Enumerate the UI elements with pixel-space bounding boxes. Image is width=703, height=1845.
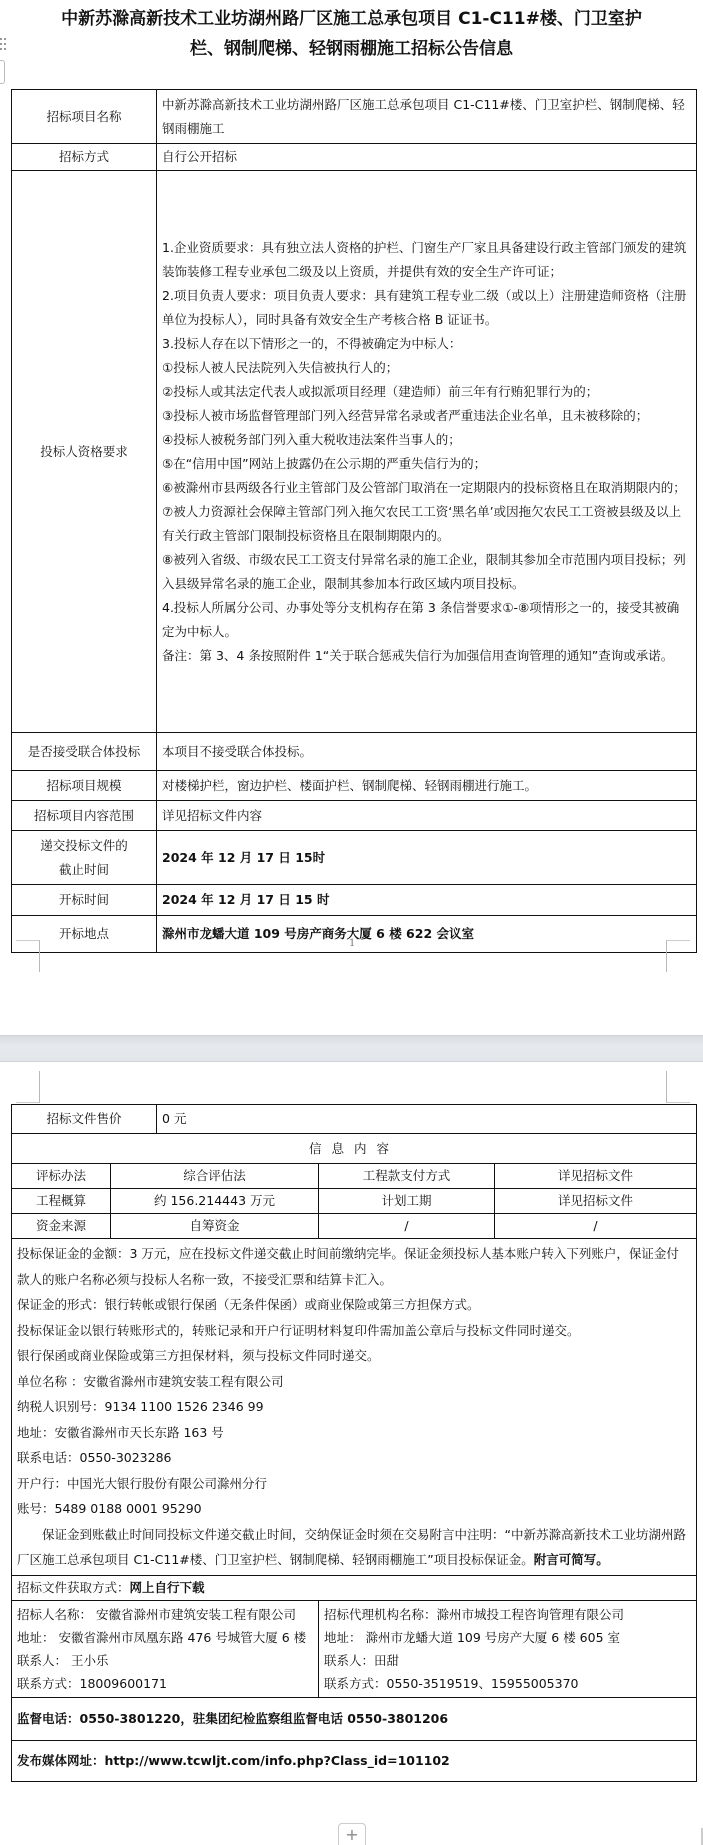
document-page-1: 中新苏滁高新技术工业坊湖州路厂区施工总承包项目 C1-C11#楼、门卫室护 栏、… xyxy=(0,0,703,1035)
row-opening-time: 开标时间 2024 年 12 月 17 日 15 时 xyxy=(12,885,697,916)
drag-handle-icon[interactable] xyxy=(0,38,8,52)
qual-para-9: ⑥被滁州市县两级各行业主管部门及公管部门取消在一定期限内的投标资格且在取消期限内… xyxy=(162,476,691,500)
row-supervision: 监督电话：0550-3801220，驻集团纪检监察组监督电话 0550-3801… xyxy=(12,1697,697,1740)
value-scope: 详见招标文件内容 xyxy=(157,801,697,831)
tenderer-info: 招标人名称： 安徽省滁州市建筑安装工程有限公司 地址： 安徽省滁州市凤凰东路 4… xyxy=(12,1600,319,1697)
value-qualification: 1.企业资质要求：具有独立法人资格的护栏、门窗生产厂家且具备建设行政主管部门颁发… xyxy=(157,171,697,733)
tenderer-contact: 联系人： 王小乐 xyxy=(17,1649,313,1672)
agency-info: 招标代理机构名称：滁州市城投工程咨询管理有限公司 地址： 滁州市龙蟠大道 109… xyxy=(319,1600,697,1697)
label-deadline-line2: 截止时间 xyxy=(14,858,154,882)
title-line-2: 栏、钢制爬梯、轻钢雨棚施工招标公告信息 xyxy=(30,34,673,64)
page-separator xyxy=(0,1035,703,1062)
info-row-1: 评标办法 综合评估法 工程款支付方式 详见招标文件 xyxy=(12,1164,697,1189)
label-scale: 招标项目规模 xyxy=(12,771,157,801)
info-cell: / xyxy=(319,1214,495,1239)
info-cell: / xyxy=(495,1214,697,1239)
label-method: 招标方式 xyxy=(12,144,157,171)
qual-para-5: ②投标人或其法定代表人或拟派项目经理（建造师）前三年有行贿犯罪行为的； xyxy=(162,380,691,404)
agency-address: 地址： 滁州市龙蟠大道 109 号房产大厦 6 楼 605 室 xyxy=(324,1626,691,1649)
value-opening-time: 2024 年 12 月 17 日 15 时 xyxy=(157,885,697,916)
qual-para-1: 1.企业资质要求：具有独立法人资格的护栏、门窗生产厂家且具备建设行政主管部门颁发… xyxy=(162,236,691,284)
row-info-header: 信息内容 xyxy=(12,1134,697,1164)
tender-info-table: 招标项目名称 中新苏滁高新技术工业坊湖州路厂区施工总承包项目 C1-C11#楼、… xyxy=(11,89,697,953)
deposit-bank: 开户行：中国光大银行股份有限公司滁州分行 xyxy=(17,1471,691,1497)
label-project-name: 招标项目名称 xyxy=(12,90,157,144)
row-price: 招标文件售价 0 元 xyxy=(12,1105,697,1134)
row-contacts: 招标人名称： 安徽省滁州市建筑安装工程有限公司 地址： 安徽省滁州市凤凰东路 4… xyxy=(12,1600,697,1697)
row-deadline: 递交投标文件的 截止时间 2024 年 12 月 17 日 15时 xyxy=(12,831,697,885)
crop-mark-bottom-right xyxy=(666,940,690,972)
supervision-phones: 监督电话：0550-3801220，驻集团纪检监察组监督电话 0550-3801… xyxy=(12,1697,697,1740)
value-deadline: 2024 年 12 月 17 日 15时 xyxy=(157,831,697,885)
row-qualification: 投标人资格要求 1.企业资质要求：具有独立法人资格的护栏、门窗生产厂家且具备建设… xyxy=(12,171,697,733)
info-cell: 综合评估法 xyxy=(111,1164,319,1189)
deposit-para-2: 保证金的形式：银行转帐或银行保函（无条件保函）或商业保险或第三方担保方式。 xyxy=(17,1292,691,1318)
qual-para-10: ⑦被人力资源社会保障主管部门列入拖欠农民工工资‘黑名单’或因拖欠农民工工资被县级… xyxy=(162,500,691,548)
agency-contact: 联系人：田甜 xyxy=(324,1649,691,1672)
document-title: 中新苏滁高新技术工业坊湖州路厂区施工总承包项目 C1-C11#楼、门卫室护 栏、… xyxy=(30,4,673,64)
crop-mark-top-left xyxy=(16,1071,40,1103)
label-qualification: 投标人资格要求 xyxy=(12,171,157,733)
info-cell: 工程概算 xyxy=(12,1189,111,1214)
deposit-para-3: 投标保证金以银行转账形式的，转账记录和开户行证明材料复印件需加盖公章后与投标文件… xyxy=(17,1318,691,1344)
tender-detail-table: 招标文件售价 0 元 信息内容 评标办法 综合评估法 工程款支付方式 详见招标文… xyxy=(11,1104,697,1782)
qual-para-2: 2.项目负责人要求：项目负责人要求：具有建筑工程专业二级（或以上）注册建造师资格… xyxy=(162,284,691,332)
info-cell: 自筹资金 xyxy=(111,1214,319,1239)
deposit-phone: 联系电话：0550-3023286 xyxy=(17,1445,691,1471)
publish-url[interactable]: 发布媒体网址：http://www.tcwljt.com/info.php?Cl… xyxy=(12,1740,697,1781)
row-scale: 招标项目规模 对楼梯护栏，窗边护栏、楼面护栏、钢制爬梯、轻钢雨棚进行施工。 xyxy=(12,771,697,801)
info-cell: 资金来源 xyxy=(12,1214,111,1239)
add-page-button[interactable]: + xyxy=(338,1823,366,1845)
label-deadline: 递交投标文件的 截止时间 xyxy=(12,831,157,885)
agency-name: 招标代理机构名称：滁州市城投工程咨询管理有限公司 xyxy=(324,1603,691,1626)
crop-mark-bottom-left xyxy=(16,940,40,972)
value-project-name: 中新苏滁高新技术工业坊湖州路厂区施工总承包项目 C1-C11#楼、门卫室护栏、钢… xyxy=(157,90,697,144)
deposit-note: 保证金到账截止时间同投标文件递交截止时间，交纳保证金时须在交易附言中注明：“中新… xyxy=(17,1522,691,1573)
deposit-account-number: 账号：5489 0188 0001 95290 xyxy=(17,1496,691,1522)
qual-para-13: 备注：第 3、4 条按照附件 1“关于联合惩戒失信行为加强信用查询管理的通知”查… xyxy=(162,644,691,668)
acquisition-label: 招标文件获取方式： xyxy=(17,1580,130,1595)
label-price: 招标文件售价 xyxy=(12,1105,157,1134)
tenderer-name: 招标人名称： 安徽省滁州市建筑安装工程有限公司 xyxy=(17,1603,313,1626)
value-scale: 对楼梯护栏，窗边护栏、楼面护栏、钢制爬梯、轻钢雨棚进行施工。 xyxy=(157,771,697,801)
value-method: 自行公开招标 xyxy=(157,144,697,171)
value-price: 0 元 xyxy=(157,1105,697,1134)
deposit-para-4: 银行保函或商业保险或第三方担保材料，须与投标文件同时递交。 xyxy=(17,1343,691,1369)
info-cell: 约 156.214443 万元 xyxy=(111,1189,319,1214)
qual-para-4: ①投标人被人民法院列入失信被执行人的； xyxy=(162,356,691,380)
value-consortium: 本项目不接受联合体投标。 xyxy=(157,733,697,771)
qual-para-6: ③投标人被市场监督管理部门列入经营异常名录或者严重违法企业名单，且未被移除的； xyxy=(162,404,691,428)
deposit-account-name: 单位名称 ：安徽省滁州市建筑安装工程有限公司 xyxy=(17,1369,691,1395)
row-method: 招标方式 自行公开招标 xyxy=(12,144,697,171)
info-row-3: 资金来源 自筹资金 / / xyxy=(12,1214,697,1239)
row-deposit: 投标保证金的金额：3 万元，应在投标文件递交截止时间前缴纳完毕。保证金须投标人基… xyxy=(12,1239,697,1576)
deposit-info: 投标保证金的金额：3 万元，应在投标文件递交截止时间前缴纳完毕。保证金须投标人基… xyxy=(12,1239,697,1576)
info-cell: 评标办法 xyxy=(12,1164,111,1189)
deposit-note-bold: 附言可简写。 xyxy=(534,1552,609,1567)
page-number: 1 xyxy=(349,938,355,949)
row-publish-url: 发布媒体网址：http://www.tcwljt.com/info.php?Cl… xyxy=(12,1740,697,1781)
row-project-name: 招标项目名称 中新苏滁高新技术工业坊湖州路厂区施工总承包项目 C1-C11#楼、… xyxy=(12,90,697,144)
qual-para-8: ⑤在“信用中国”网站上披露仍在公示期的严重失信行为的； xyxy=(162,452,691,476)
agency-phone: 联系方式：0550-3519519、15955005370 xyxy=(324,1672,691,1695)
deposit-tax-id: 纳税人识别号：9134 1100 1526 2346 99 xyxy=(17,1394,691,1420)
qual-para-11: ⑧被列入省级、市级农民工工资支付异常名录的施工企业，限制其参加全市范围内项目投标… xyxy=(162,548,691,596)
row-consortium: 是否接受联合体投标 本项目不接受联合体投标。 xyxy=(12,733,697,771)
acquisition-value: 网上自行下载 xyxy=(130,1580,205,1595)
qual-para-12: 4.投标人所属分公司、办事处等分支机构存在第 3 条信誉要求①-⑧项情形之一的，… xyxy=(162,596,691,644)
label-scope: 招标项目内容范围 xyxy=(12,801,157,831)
label-deadline-line1: 递交投标文件的 xyxy=(14,834,154,858)
info-cell: 计划工期 xyxy=(319,1189,495,1214)
tenderer-phone: 联系方式：18009600171 xyxy=(17,1672,313,1695)
row-acquisition: 招标文件获取方式：网上自行下载 xyxy=(12,1575,697,1600)
title-line-1: 中新苏滁高新技术工业坊湖州路厂区施工总承包项目 C1-C11#楼、门卫室护 xyxy=(30,4,673,34)
value-opening-place: 滁州市龙蟠大道 109 号房产商务大厦 6 楼 622 会议室 xyxy=(157,916,697,953)
label-opening-time: 开标时间 xyxy=(12,885,157,916)
label-consortium: 是否接受联合体投标 xyxy=(12,733,157,771)
info-cell: 详见招标文件 xyxy=(495,1189,697,1214)
acquisition-cell: 招标文件获取方式：网上自行下载 xyxy=(12,1575,697,1600)
qual-para-7: ④投标人被税务部门列入重大税收违法案件当事人的； xyxy=(162,428,691,452)
info-header: 信息内容 xyxy=(12,1134,697,1164)
crop-mark-top-right xyxy=(666,1071,690,1103)
deposit-para-1: 投标保证金的金额：3 万元，应在投标文件递交截止时间前缴纳完毕。保证金须投标人基… xyxy=(17,1241,691,1292)
tenderer-address: 地址： 安徽省滁州市凤凰东路 476 号城管大厦 6 楼 xyxy=(17,1626,313,1649)
qual-para-3: 3.投标人存在以下情形之一的，不得被确定为中标人： xyxy=(162,332,691,356)
row-scope: 招标项目内容范围 详见招标文件内容 xyxy=(12,801,697,831)
info-cell: 详见招标文件 xyxy=(495,1164,697,1189)
info-row-2: 工程概算 约 156.214443 万元 计划工期 详见招标文件 xyxy=(12,1189,697,1214)
side-panel-tab[interactable] xyxy=(0,60,5,84)
deposit-address: 地址：安徽省滁州市天长东路 163 号 xyxy=(17,1420,691,1446)
info-cell: 工程款支付方式 xyxy=(319,1164,495,1189)
